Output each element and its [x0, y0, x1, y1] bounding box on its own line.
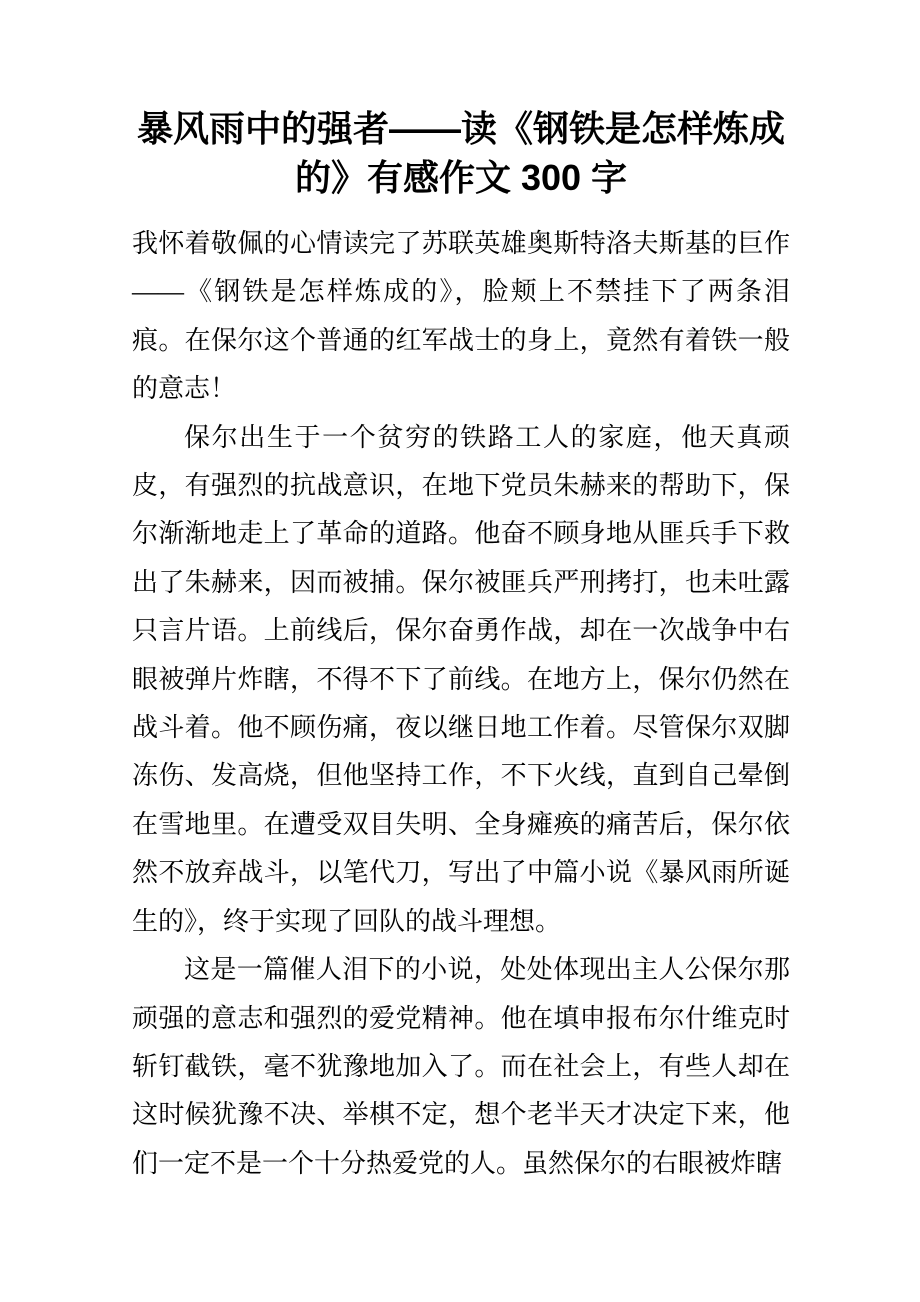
essay-title: 暴风雨中的强者——读《钢铁是怎样炼成 的》有感作文 300 字: [132, 104, 790, 202]
paragraph-intro: 我怀着敬佩的心情读完了苏联英雄奥斯特洛夫斯基的巨作——《钢铁是怎样炼成的》，脸颊…: [132, 220, 790, 414]
essay-title-line-1: 暴风雨中的强者——读《钢铁是怎样炼成: [132, 104, 790, 153]
essay-title-line-2: 的》有感作文 300 字: [132, 153, 790, 202]
document-page: 暴风雨中的强者——读《钢铁是怎样炼成 的》有感作文 300 字 我怀着敬佩的心情…: [0, 0, 920, 1302]
paragraph-story-summary: 保尔出生于一个贫穷的铁路工人的家庭，他天真顽皮，有强烈的抗战意识，在地下党员朱赫…: [132, 414, 790, 946]
paragraph-reflection: 这是一篇催人泪下的小说，处处体现出主人公保尔那顽强的意志和强烈的爱党精神。他在填…: [132, 946, 790, 1188]
essay-body: 我怀着敬佩的心情读完了苏联英雄奥斯特洛夫斯基的巨作——《钢铁是怎样炼成的》，脸颊…: [132, 220, 790, 1188]
